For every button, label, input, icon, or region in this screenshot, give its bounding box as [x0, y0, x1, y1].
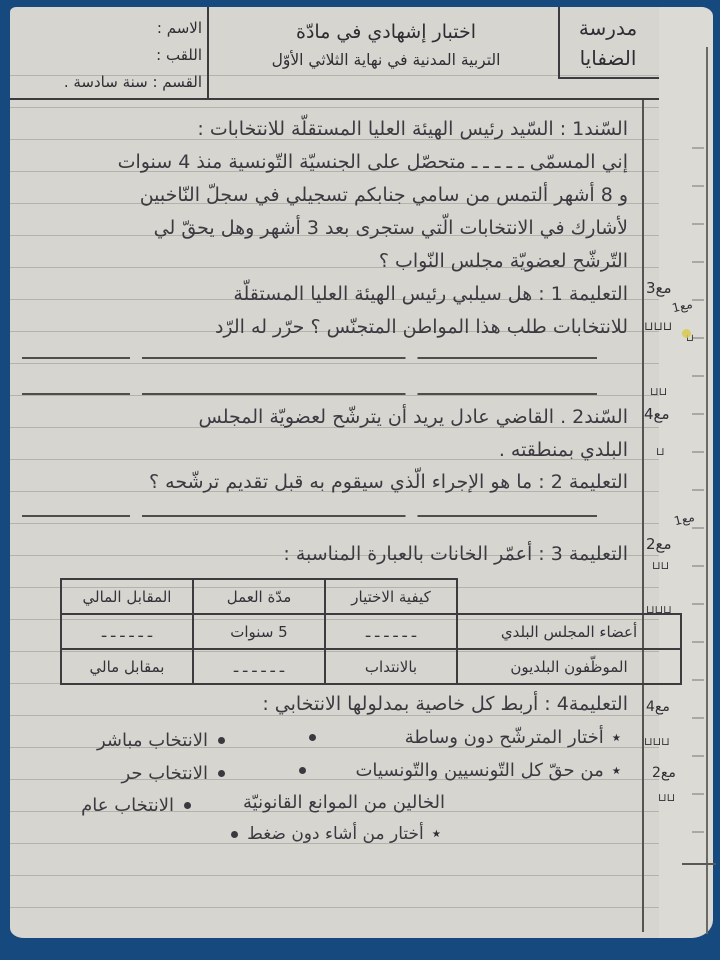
score-boxes: ⊔⊔⊔ [644, 319, 672, 333]
meaning-item: الانتخاب حر [25, 763, 225, 784]
col-header-duration: مدّة العمل [193, 579, 325, 614]
star-bullet-icon: ٭ [612, 728, 621, 748]
criterion-mark: مع2 [646, 535, 672, 553]
row-label-municipal-employees: الموظّفون البلديون [457, 649, 681, 684]
score-boxes: ⊔⊔ [658, 791, 675, 804]
score-boxes: ⊔⊔⊔ [646, 603, 672, 616]
support1-line1: السّند1 : السّيد رئيس الهيئة العليا المس… [18, 118, 628, 140]
instruction4-line: التعليمة4 : أربط كل خاصية بمدلولها الانت… [18, 693, 628, 715]
support1-line2: إني المسمّى ـ ـ ـ ـ ـ متحصّل على الجنسيّ… [18, 151, 628, 173]
page-edge-line [706, 47, 708, 934]
instruction3-line: التعليمة 3 : أعمّر الخانات بالعبارة المن… [18, 543, 628, 565]
student-info: الاسم : اللقب : القسم : سنة سادسة . [20, 15, 202, 96]
match-dot-icon [218, 737, 225, 744]
score-boxes: ⊔⊔ [650, 385, 667, 398]
answer-rule-2 [22, 393, 621, 395]
instruction2-line: التعليمة 2 : ما هو الإجراء الّذي سيقوم ب… [18, 471, 628, 493]
characteristic-text: الخالين من الموانع القانونيّة [243, 792, 445, 813]
score-boxes: ⊔ [656, 445, 665, 458]
exam-title-line2: التربية المدنية في نهاية الثلاثي الأوّل [215, 47, 557, 73]
cell-duration-value: 5 سنوات [193, 614, 325, 649]
match-dot-icon [309, 734, 316, 741]
row-label-council-members: أعضاء المجلس البلدي [457, 614, 681, 649]
star-bullet-icon: ٭ [432, 824, 441, 844]
characteristic-text-group: ٭ أختار من أشاء دون ضغط [247, 824, 441, 844]
criterion-mark: مع4 [646, 699, 670, 715]
meaning-text: الانتخاب عام [81, 795, 174, 816]
cell-pay-blank: ـ ـ ـ ـ ـ ـ [61, 614, 193, 649]
match-dot-icon [231, 831, 238, 838]
characteristic-text: من حقّ كل التّونسيين والتّونسيات [355, 760, 603, 781]
support2-line2: البلدي بمنطقته . [18, 439, 628, 461]
school-name: مدرسة الضفايا [558, 13, 658, 73]
characteristic-item: ٭ أختار المترشّح دون وساطة [309, 727, 621, 748]
exam-title-line1: اختبار إشهادي في مادّة [215, 17, 557, 47]
answer-rule-1 [22, 357, 621, 359]
school-name-line1: مدرسة [558, 13, 658, 43]
support1-line4: لأشارك في الانتخابات الّتي ستجرى بعد 3 أ… [18, 217, 628, 239]
characteristic-continuation: الخالين من الموانع القانونيّة [243, 792, 445, 813]
cell-pay-value: بمقابل مالي [61, 649, 193, 684]
photo-of-exam-sheet: { "colors": { "cover": "#16497d", "paper… [0, 0, 720, 960]
instruction1-line1: التعليمة 1 : هل سيلبي رئيس الهيئة العليا… [18, 283, 628, 305]
exam-title: اختبار إشهادي في مادّة التربية المدنية ف… [215, 17, 557, 73]
characteristic-item: ٭ من حقّ كل التّونسيين والتّونسيات [299, 760, 621, 781]
class-label: القسم : سنة سادسة . [20, 69, 202, 96]
criterion-mark: مع3 [646, 279, 672, 297]
header-divider-left [207, 7, 209, 98]
surname-label: اللقب : [20, 42, 202, 69]
header-bottom-line [10, 98, 659, 100]
score-boxes: ⊔⊔ [652, 559, 669, 572]
page-edge-dashes [692, 147, 704, 868]
cell-selection-blank: ـ ـ ـ ـ ـ ـ [325, 614, 457, 649]
meaning-item: الانتخاب مباشر [25, 730, 225, 751]
answer-rule-3 [22, 515, 621, 517]
yellow-highlight-dot [682, 329, 691, 338]
star-bullet-icon: ٭ [612, 761, 621, 781]
instruction1-line2: للانتخابات طلب هذا المواطن المتجنّس ؟ حر… [18, 316, 628, 338]
meaning-text: الانتخاب مباشر [97, 730, 208, 751]
table-header-row: كيفية الاختيار مدّة العمل المقابل المالي [61, 579, 681, 614]
col-header-selection: كيفية الاختيار [325, 579, 457, 614]
table-row: الموظّفون البلديون بالانتداب ـ ـ ـ ـ ـ ـ… [61, 649, 681, 684]
support1-line3: و 8 أشهر ألتمس من سامي جنابكم تسجيلي في … [18, 184, 628, 206]
meaning-item: الانتخاب عام [25, 795, 191, 816]
margin-line [642, 98, 644, 932]
fill-in-table: كيفية الاختيار مدّة العمل المقابل المالي… [60, 578, 682, 685]
match-dot-icon [218, 770, 225, 777]
characteristic-text-group: ٭ من حقّ كل التّونسيين والتّونسيات [355, 760, 621, 781]
school-name-line2: الضفايا [558, 43, 658, 73]
cell-selection-value: بالانتداب [325, 649, 457, 684]
characteristic-item: ٭ أختار من أشاء دون ضغط [231, 824, 441, 844]
characteristic-text: أختار من أشاء دون ضغط [247, 824, 424, 844]
table-row: أعضاء المجلس البلدي ـ ـ ـ ـ ـ ـ 5 سنوات … [61, 614, 681, 649]
support2-line1: السّند2 . القاضي عادل يريد أن يترشّح لعض… [18, 406, 628, 428]
criterion-mark: مع4 [644, 405, 670, 423]
exam-page: مدرسة الضفايا اختبار إشهادي في مادّة الت… [10, 7, 713, 938]
cell-duration-blank: ـ ـ ـ ـ ـ ـ [193, 649, 325, 684]
criterion-mark: مع2 [652, 765, 676, 781]
col-header-pay: المقابل المالي [61, 579, 193, 614]
school-cell-underline [558, 77, 659, 79]
characteristic-text-group: ٭ أختار المترشّح دون وساطة [405, 727, 621, 748]
match-dot-icon [299, 767, 306, 774]
match-dot-icon [184, 802, 191, 809]
meaning-text: الانتخاب حر [121, 763, 208, 784]
score-boxes: ⊔⊔⊔ [644, 735, 670, 748]
name-label: الاسم : [20, 15, 202, 42]
support1-line5: التّرشّح لعضويّة مجلس النّواب ؟ [18, 250, 628, 272]
edge-dark-segment [682, 863, 716, 865]
characteristic-text: أختار المترشّح دون وساطة [405, 727, 604, 748]
